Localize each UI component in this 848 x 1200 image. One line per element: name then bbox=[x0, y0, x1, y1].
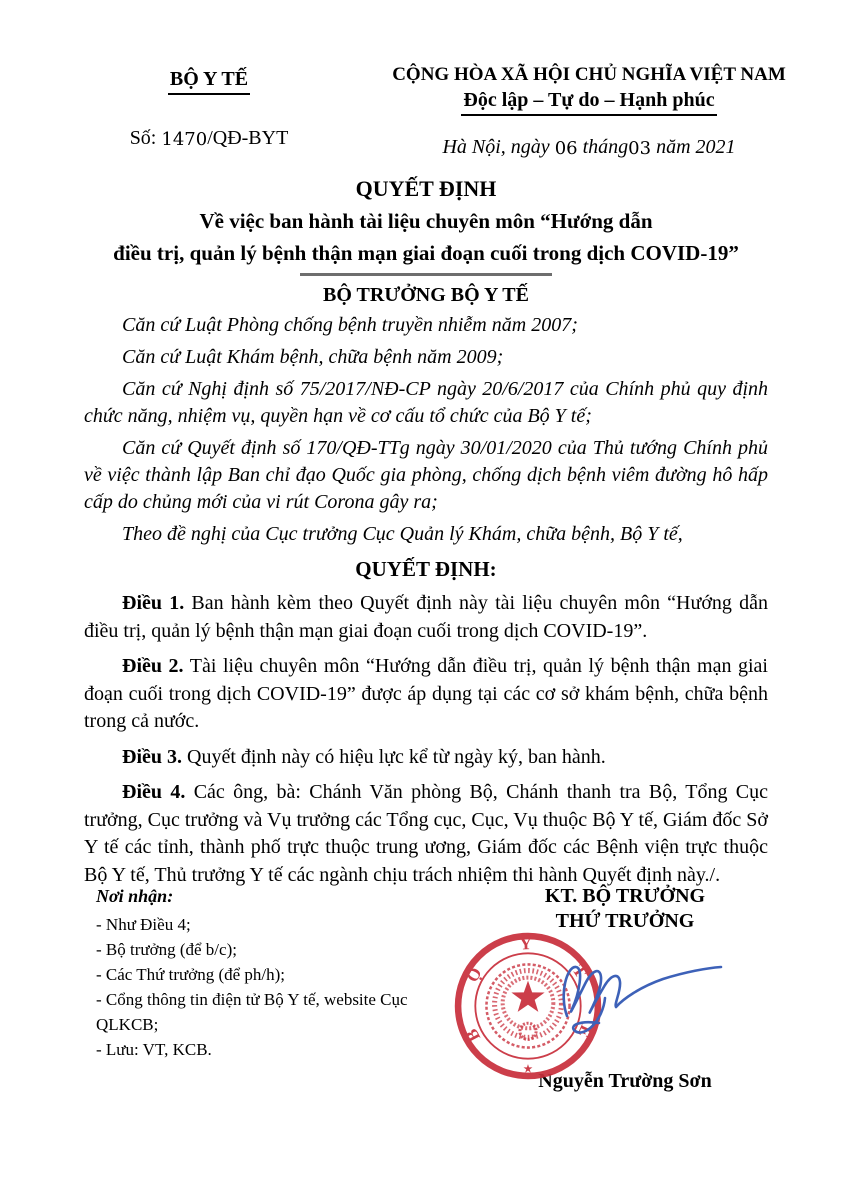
article-4: Điều 4. Các ông, bà: Chánh Văn phòng Bộ,… bbox=[84, 779, 768, 889]
article-2-text: Tài liệu chuyên môn “Hướng dẫn điều trị,… bbox=[84, 655, 768, 732]
signer-title-1: KT. BỘ TRƯỞNG bbox=[458, 884, 792, 909]
number-suffix: /QĐ-BYT bbox=[207, 127, 288, 149]
date-mid: tháng bbox=[583, 136, 629, 158]
stamp-letter: Y bbox=[519, 934, 533, 953]
document-body: Căn cứ Luật Phòng chống bệnh truyền nhiễ… bbox=[84, 312, 768, 897]
recipient-item: - Như Điều 4; bbox=[96, 912, 466, 937]
recipient-item: - Các Thứ trưởng (để ph/h); bbox=[96, 962, 466, 987]
document-page: BỘ Y TẾ Số: 1470/QĐ-BYT CỘNG HÒA XÃ HỘI … bbox=[0, 0, 848, 1200]
preamble-paragraph: Căn cứ Quyết định số 170/QĐ-TTg ngày 30/… bbox=[84, 435, 768, 516]
document-type-heading: QUYẾT ĐỊNH bbox=[84, 176, 768, 202]
title-divider bbox=[300, 273, 552, 276]
preamble-paragraph: Căn cứ Luật Khám bệnh, chữa bệnh năm 200… bbox=[84, 344, 768, 371]
number-value: 1470 bbox=[161, 129, 207, 150]
preamble-paragraph: Theo đề nghị của Cục trưởng Cục Quản lý … bbox=[84, 521, 768, 548]
recipient-item: - Cổng thông tin điện tử Bộ Y tế, websit… bbox=[96, 987, 466, 1037]
article-4-text: Các ông, bà: Chánh Văn phòng Bộ, Chánh t… bbox=[84, 781, 768, 886]
date-prefix: Hà Nội, ngày bbox=[442, 136, 549, 158]
article-2: Điều 2. Tài liệu chuyên môn “Hướng dẫn đ… bbox=[84, 653, 768, 736]
article-1: Điều 1. Ban hành kèm theo Quyết định này… bbox=[84, 590, 768, 645]
article-1-text: Ban hành kèm theo Quyết định này tài liệ… bbox=[84, 592, 768, 642]
article-4-label: Điều 4. bbox=[122, 781, 185, 803]
recipients-label: Nơi nhận: bbox=[96, 886, 466, 907]
issuing-org: BỘ Y TẾ bbox=[168, 68, 250, 95]
preamble-paragraph: Căn cứ Nghị định số 75/2017/NĐ-CP ngày 2… bbox=[84, 376, 768, 430]
date-day: 06 bbox=[555, 138, 578, 159]
national-motto-line2: Độc lập – Tự do – Hạnh phúc bbox=[461, 89, 716, 116]
title-line2: điều trị, quản lý bệnh thận mạn giai đoạ… bbox=[84, 241, 768, 266]
recipient-item: - Lưu: VT, KCB. bbox=[96, 1037, 466, 1062]
date-month: 03 bbox=[628, 138, 651, 159]
handwritten-signature bbox=[545, 936, 730, 1051]
title-line1: Về việc ban hành tài liệu chuyên môn “Hư… bbox=[84, 209, 768, 234]
date-suffix: năm 2021 bbox=[656, 136, 735, 158]
stamp-star: ★ bbox=[523, 1064, 532, 1075]
article-3-label: Điều 3. bbox=[122, 746, 182, 768]
header-right: CỘNG HÒA XÃ HỘI CHỦ NGHĨA VIỆT NAM Độc l… bbox=[388, 64, 790, 159]
preamble-paragraph: Căn cứ Luật Phòng chống bệnh truyền nhiễ… bbox=[84, 312, 768, 339]
article-1-label: Điều 1. bbox=[122, 592, 184, 614]
number-label: Số: bbox=[130, 127, 157, 149]
recipients-block: Nơi nhận: - Như Điều 4; - Bộ trưởng (để … bbox=[96, 886, 466, 1062]
emblem-star bbox=[511, 981, 544, 1012]
article-2-label: Điều 2. bbox=[122, 655, 184, 677]
article-3: Điều 3. Quyết định này có hiệu lực kể từ… bbox=[84, 744, 768, 772]
national-motto-line1: CỘNG HÒA XÃ HỘI CHỦ NGHĨA VIỆT NAM bbox=[388, 64, 790, 86]
header-left: BỘ Y TẾ Số: 1470/QĐ-BYT bbox=[84, 68, 334, 150]
issuer-heading: BỘ TRƯỞNG BỘ Y TẾ bbox=[84, 284, 768, 307]
place-date: Hà Nội, ngày 06 tháng03 năm 2021 bbox=[388, 136, 790, 159]
recipient-item: - Bộ trưởng (để b/c); bbox=[96, 937, 466, 962]
decision-heading: QUYẾT ĐỊNH: bbox=[84, 557, 768, 582]
article-3-text: Quyết định này có hiệu lực kể từ ngày ký… bbox=[187, 746, 606, 768]
title-block: QUYẾT ĐỊNH Về việc ban hành tài liệu chu… bbox=[84, 176, 768, 276]
document-number: Số: 1470/QĐ-BYT bbox=[84, 127, 334, 150]
